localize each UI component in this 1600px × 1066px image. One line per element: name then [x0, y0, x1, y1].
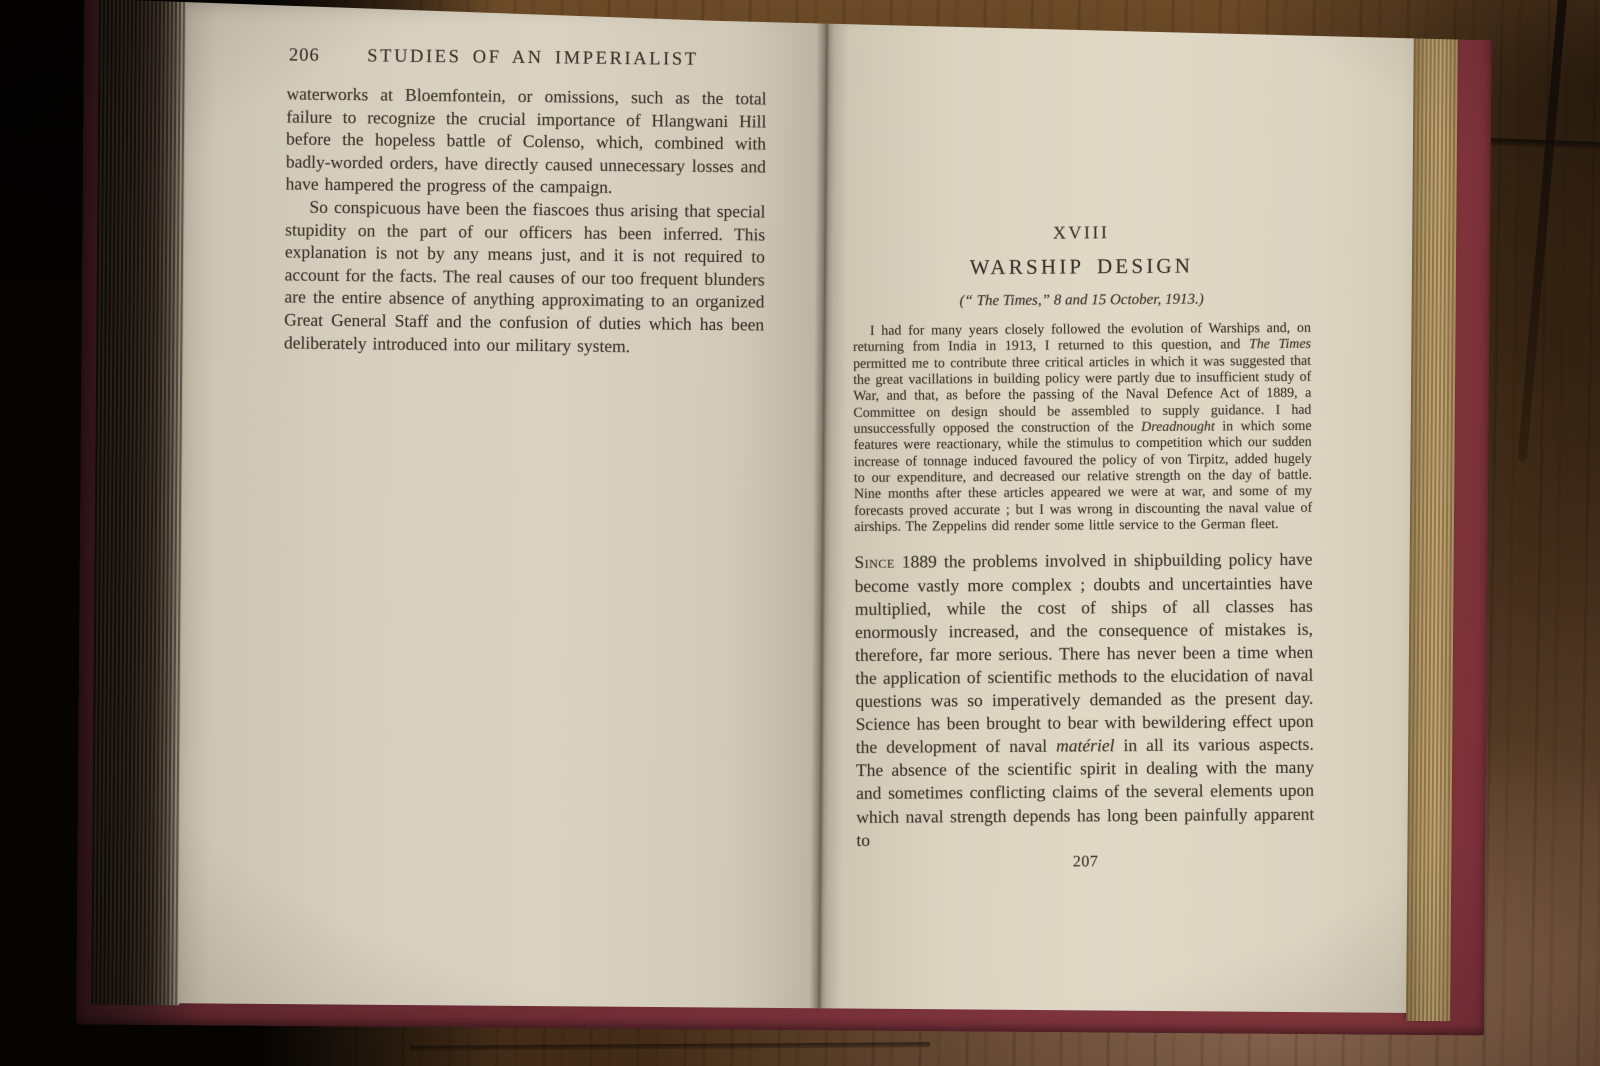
book-photo-scene: 206 STUDIES OF AN IMPERIALIST waterworks…	[0, 0, 1600, 1066]
chapter-title: WARSHIP DESIGN	[852, 253, 1310, 281]
left-page-edges	[91, 0, 187, 1005]
right-page: XVIII WARSHIP DESIGN (“ The Times,” 8 an…	[818, 4, 1414, 1013]
right-page-number: 207	[857, 851, 1315, 872]
open-book: 206 STUDIES OF AN IMPERIALIST waterworks…	[76, 0, 1492, 1036]
chapter-source-line: (“ The Times,” 8 and 15 October, 1913.)	[853, 291, 1311, 311]
right-page-text-block: XVIII WARSHIP DESIGN (“ The Times,” 8 an…	[851, 5, 1315, 873]
left-paragraph-2: So conspicuous have been the fiascoes th…	[284, 195, 766, 358]
chapter-number: XVIII	[852, 221, 1310, 245]
chapter-intro-paragraph: I had for many years closely followed th…	[853, 321, 1312, 537]
left-page: 206 STUDIES OF AN IMPERIALIST waterworks…	[178, 0, 826, 1008]
left-page-text-block: 206 STUDIES OF AN IMPERIALIST waterworks…	[284, 45, 767, 358]
running-header: STUDIES OF AN IMPERIALIST	[287, 45, 779, 71]
left-paragraph-1: waterworks at Bloemfontein, or omissions…	[286, 82, 767, 200]
right-body-paragraph: Since 1889 the problems involved in ship…	[854, 548, 1314, 851]
right-page-edges	[1406, 17, 1458, 1021]
left-page-header: 206 STUDIES OF AN IMPERIALIST	[287, 45, 767, 76]
